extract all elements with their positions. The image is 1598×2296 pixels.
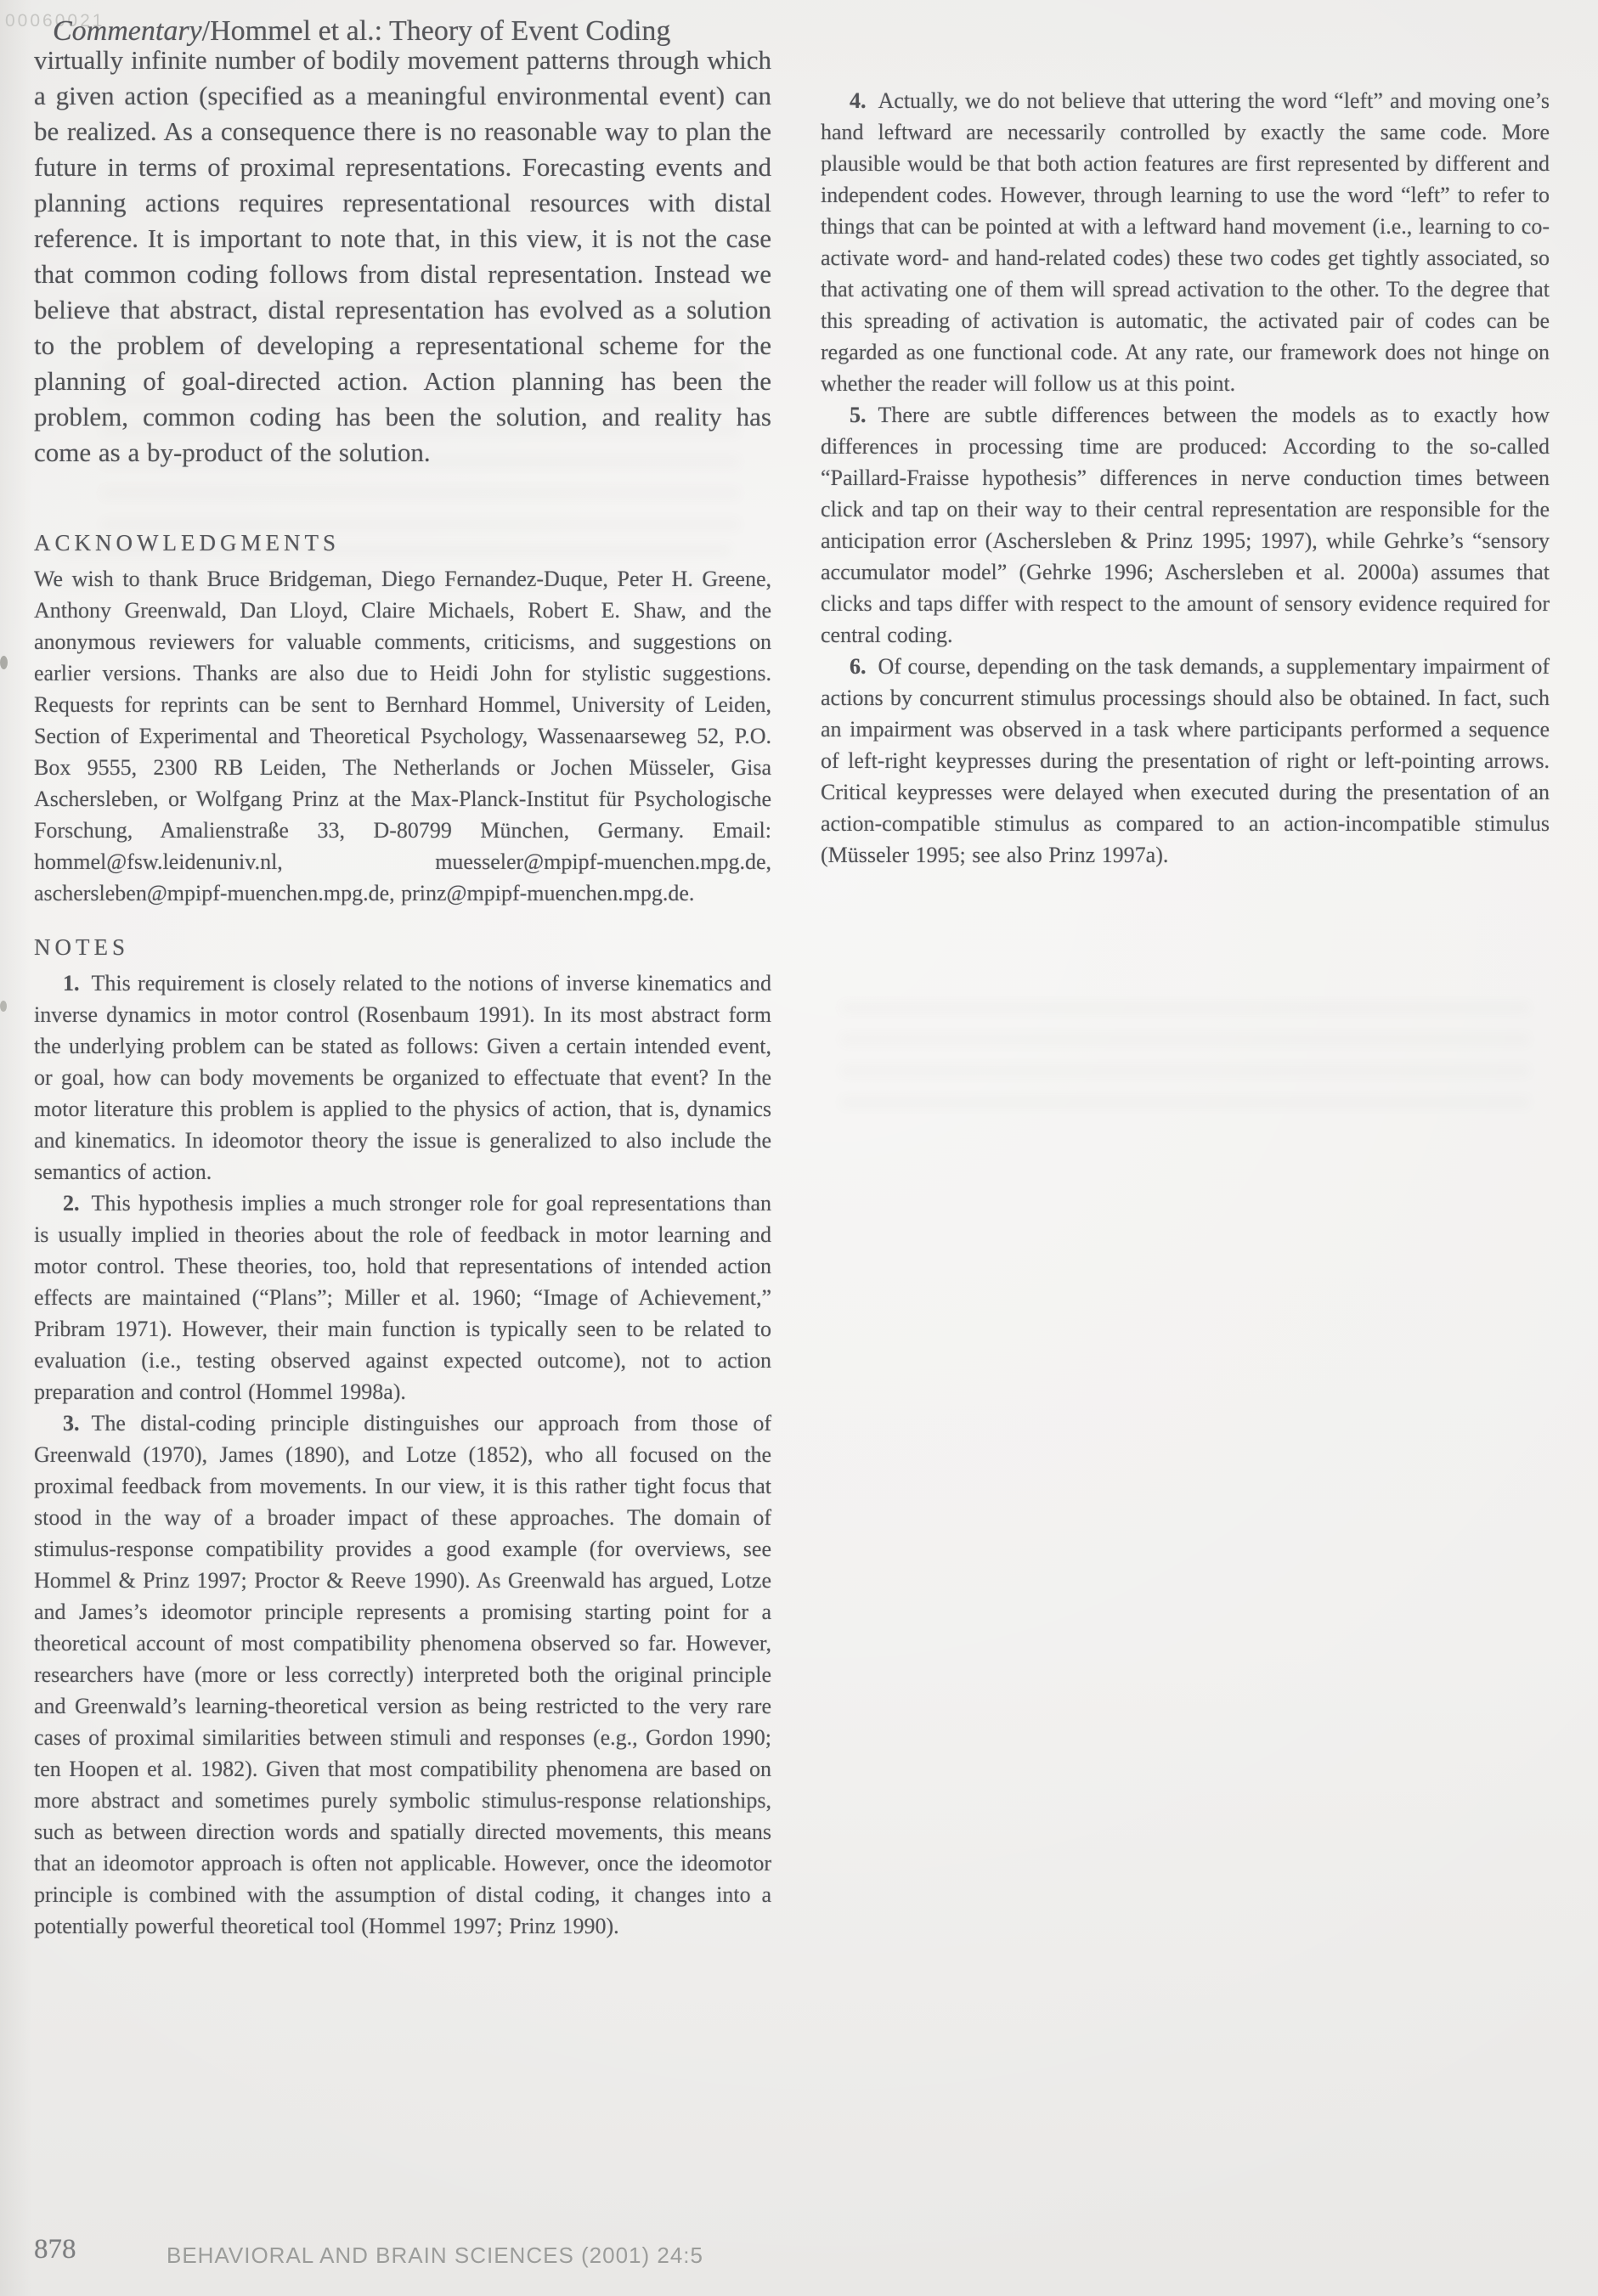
note-text: The distal-coding principle distinguishe…: [34, 1411, 771, 1938]
note-item-4: 4.Actually, we do not believe that utter…: [821, 85, 1550, 399]
note-text: Of course, depending on the task demands…: [821, 654, 1550, 867]
right-column: 4.Actually, we do not believe that utter…: [821, 85, 1550, 871]
note-item-5: 5.There are subtle differences between t…: [821, 399, 1550, 651]
note-text: This requirement is closely related to t…: [34, 971, 771, 1184]
left-column: virtually infinite number of bodily move…: [34, 42, 771, 1942]
acknowledgments-text: We wish to thank Bruce Bridgeman, Diego …: [34, 563, 771, 909]
journal-footer-line: BEHAVIORAL AND BRAIN SCIENCES (2001) 24:…: [167, 2242, 703, 2269]
page-number: 878: [34, 2234, 76, 2265]
note-item-6: 6.Of course, depending on the task deman…: [821, 651, 1550, 871]
note-number: 4.: [850, 88, 867, 113]
body-paragraph: virtually infinite number of bodily move…: [34, 42, 771, 471]
note-number: 6.: [850, 654, 867, 679]
note-text: This hypothesis implies a much stronger …: [34, 1191, 771, 1404]
note-number: 1.: [63, 971, 80, 996]
note-number: 2.: [63, 1191, 80, 1216]
notes-heading: NOTES: [34, 934, 771, 961]
note-item-1: 1.This requirement is closely related to…: [34, 967, 771, 1187]
note-item-3: 3.The distal-coding principle distinguis…: [34, 1407, 771, 1942]
edge-speck: [0, 1001, 7, 1012]
edge-speck: [0, 656, 8, 669]
bleed-through-smudge: [841, 1002, 1529, 1113]
note-number: 3.: [63, 1411, 80, 1436]
scanned-paper-page: { "stamp": "00060021", "head": { "italic…: [0, 0, 1598, 2296]
note-text: Actually, we do not believe that utterin…: [821, 88, 1550, 396]
note-item-2: 2.This hypothesis implies a much stronge…: [34, 1187, 771, 1407]
note-text: There are subtle differences between the…: [821, 403, 1550, 647]
acknowledgments-heading: ACKNOWLEDGMENTS: [34, 530, 771, 556]
note-number: 5.: [850, 403, 867, 427]
